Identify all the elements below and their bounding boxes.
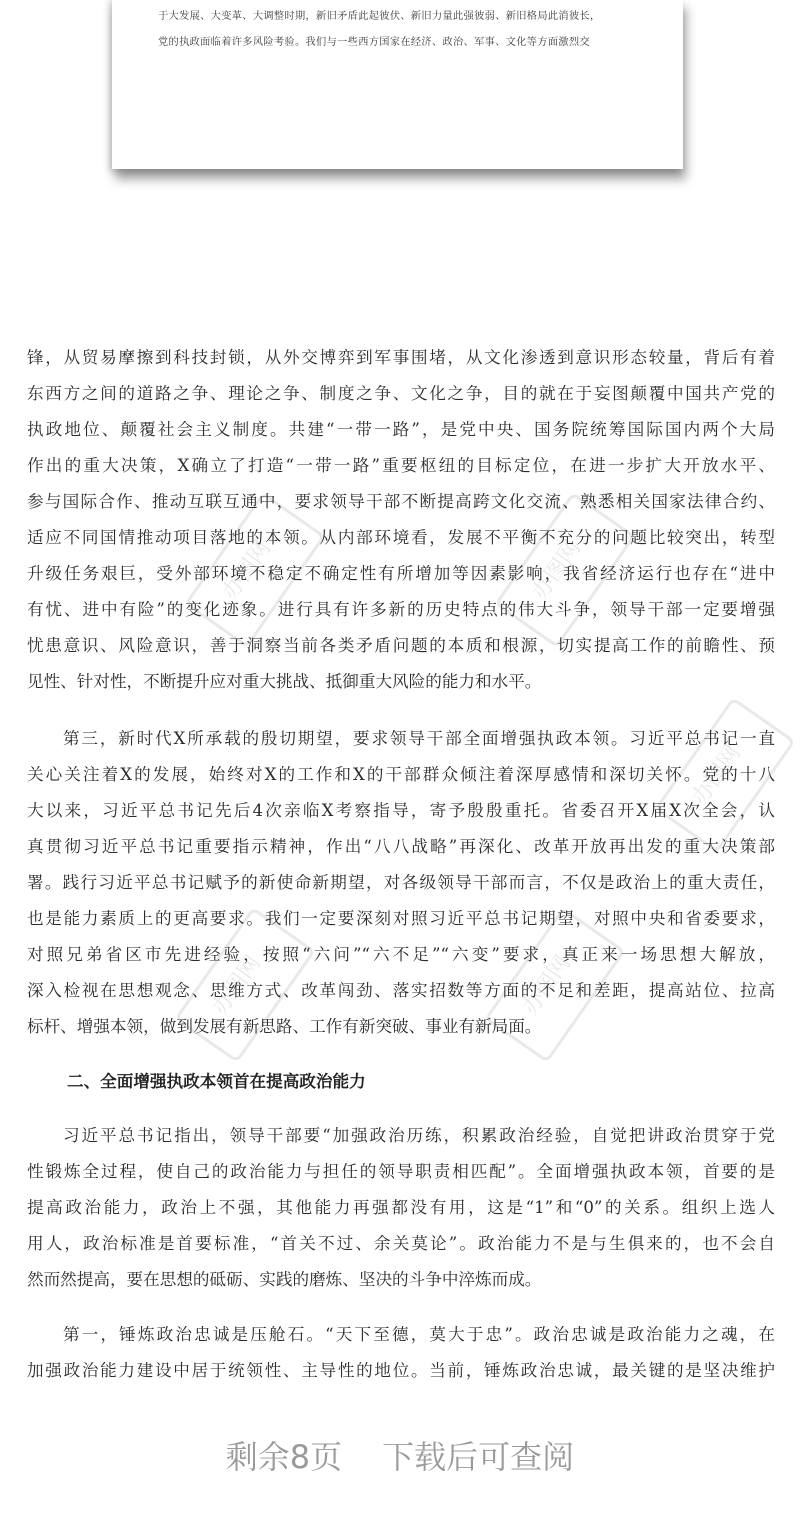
text-line: 适应不同国情推动项目落地的本领。从内部环境看，发展不平衡不充分的问题比较突出，转… bbox=[27, 520, 775, 556]
text-line: 也是能力素质上的更高要求。我们一定要深刻对照习近平总书记期望，对照中央和省委要求… bbox=[27, 901, 775, 937]
text-line: 习近平总书记指出，领导干部要“加强政治历练，积累政治经验，自觉把讲政治贯穿于党 bbox=[63, 1118, 775, 1154]
text-line: 见性、针对性，不断提升应对重大挑战、抵御重大风险的能力和水平。 bbox=[27, 664, 775, 700]
text-line: 大以来，习近平总书记先后4次亲临X考察指导，寄予殷殷重托。省委召开X届X次全会，… bbox=[27, 793, 775, 829]
text-line: 然而然提高，要在思想的砥砺、实践的磨炼、坚决的斗争中淬炼而成。 bbox=[27, 1262, 775, 1298]
text-line: 锋，从贸易摩擦到科技封锁，从外交博弈到军事围堵，从文化渗透到意识形态较量，背后有… bbox=[27, 340, 775, 376]
text-line: 提高政治能力，政治上不强，其他能力再强都没有用，这是“1”和“0”的关系。组织上… bbox=[27, 1190, 775, 1226]
download-to-read-banner[interactable]: 剩余8页下载后可查阅 bbox=[0, 1432, 800, 1478]
page-preview-card: 于大发展、大变革、大调整时期，新旧矛盾此起彼伏、新旧力量此强彼弱、新旧格局此消彼… bbox=[112, 0, 683, 169]
section-heading: 二、全面增强执政本领首在提高政治能力 bbox=[67, 1064, 366, 1100]
text-line: 关心关注着X的发展，始终对X的工作和X的干部群众倾注着深厚感情和深切关怀。党的十… bbox=[27, 757, 775, 793]
preview-line: 党的执政面临着许多风险考验。我们与一些西方国家在经济、政治、军事、文化等方面激烈… bbox=[158, 33, 590, 48]
text-line: 参与国际合作、推动互联互通中，要求领导干部不断提高跨文化交流、熟悉相关国家法律合… bbox=[27, 484, 775, 520]
download-prompt-label: 下载后可查阅 bbox=[382, 1432, 574, 1478]
text-line: 性锻炼全过程，使自己的政治能力与担任的领导职责相匹配”。全面增强执政本领，首要的… bbox=[27, 1154, 775, 1190]
text-line: 标杆、增强本领，做到发展有新思路、工作有新突破、事业有新局面。 bbox=[27, 1009, 775, 1045]
text-line: 加强政治能力建设中居于统领性、主导性的地位。当前，锤炼政治忠诚，最关键的是坚决维… bbox=[27, 1353, 775, 1389]
text-line: 第三，新时代X所承载的殷切期望，要求领导干部全面增强执政本领。习近平总书记一直 bbox=[63, 721, 775, 757]
text-line: 第一，锤炼政治忠诚是压舱石。“天下至德，莫大于忠”。政治忠诚是政治能力之魂，在 bbox=[63, 1317, 775, 1353]
remaining-pages-label: 剩余8页 bbox=[226, 1432, 342, 1478]
preview-line: 于大发展、大变革、大调整时期，新旧矛盾此起彼伏、新旧力量此强彼弱、新旧格局此消彼… bbox=[158, 7, 601, 22]
text-line: 用人，政治标准是首要标准，“首关不过、余关莫论”。政治能力不是与生俱来的，也不会… bbox=[27, 1226, 775, 1262]
text-line: 深入检视在思想观念、思维方式、改革闯劲、落实招数等方面的不足和差距，提高站位、拉… bbox=[27, 973, 775, 1009]
text-line: 升级任务艰巨，受外部环境不稳定不确定性有所增加等因素影响，我省经济运行也存在“进… bbox=[27, 556, 775, 592]
text-line: 署。践行习近平总书记赋予的新使命新期望，对各级领导干部而言，不仅是政治上的重大责… bbox=[27, 865, 775, 901]
text-line: 忧患意识、风险意识，善于洞察当前各类矛盾问题的本质和根源，切实提高工作的前瞻性、… bbox=[27, 628, 775, 664]
text-line: 有忧、进中有险”的变化迹象。进行具有许多新的历史特点的伟大斗争，领导干部一定要增… bbox=[27, 592, 775, 628]
text-line: 东西方之间的道路之争、理论之争、制度之争、文化之争，目的就在于妄图颠覆中国共产党… bbox=[27, 376, 775, 412]
text-line: 对照兄弟省区市先进经验，按照“六问”“六不足”“六变”要求，真正来一场思想大解放… bbox=[27, 937, 775, 973]
text-line: 执政地位、颠覆社会主义制度。共建“一带一路”，是党中央、国务院统筹国际国内两个大… bbox=[27, 412, 775, 448]
text-line: 真贯彻习近平总书记重要指示精神，作出“八八战略”再深化、改革开放再出发的重大决策… bbox=[27, 829, 775, 865]
text-line: 作出的重大决策，X确立了打造“一带一路”重要枢纽的目标定位，在进一步扩大开放水平… bbox=[27, 448, 775, 484]
